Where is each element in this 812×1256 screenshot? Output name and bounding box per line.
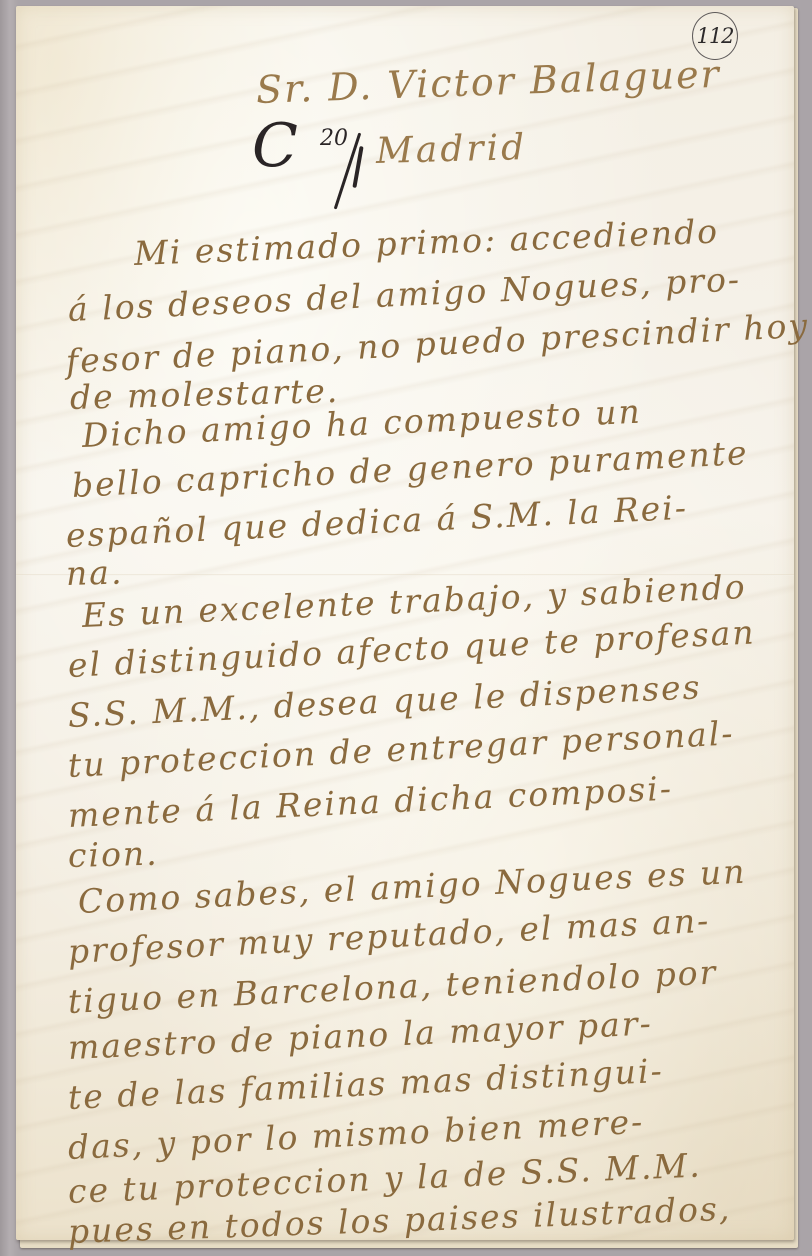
letter-line-8: na. [65, 553, 123, 593]
city-line: Madrid [375, 127, 527, 172]
folio-number: 112 [696, 24, 733, 48]
reference-mark: C [252, 116, 298, 176]
reference-date: 20 [320, 126, 348, 151]
letter-page: 112 Sr. D. Victor Balaguer C 20 Madrid M… [16, 6, 794, 1240]
letter-line-14: cion. [67, 834, 159, 875]
addressee-line: Sr. D. Victor Balaguer [255, 52, 721, 112]
